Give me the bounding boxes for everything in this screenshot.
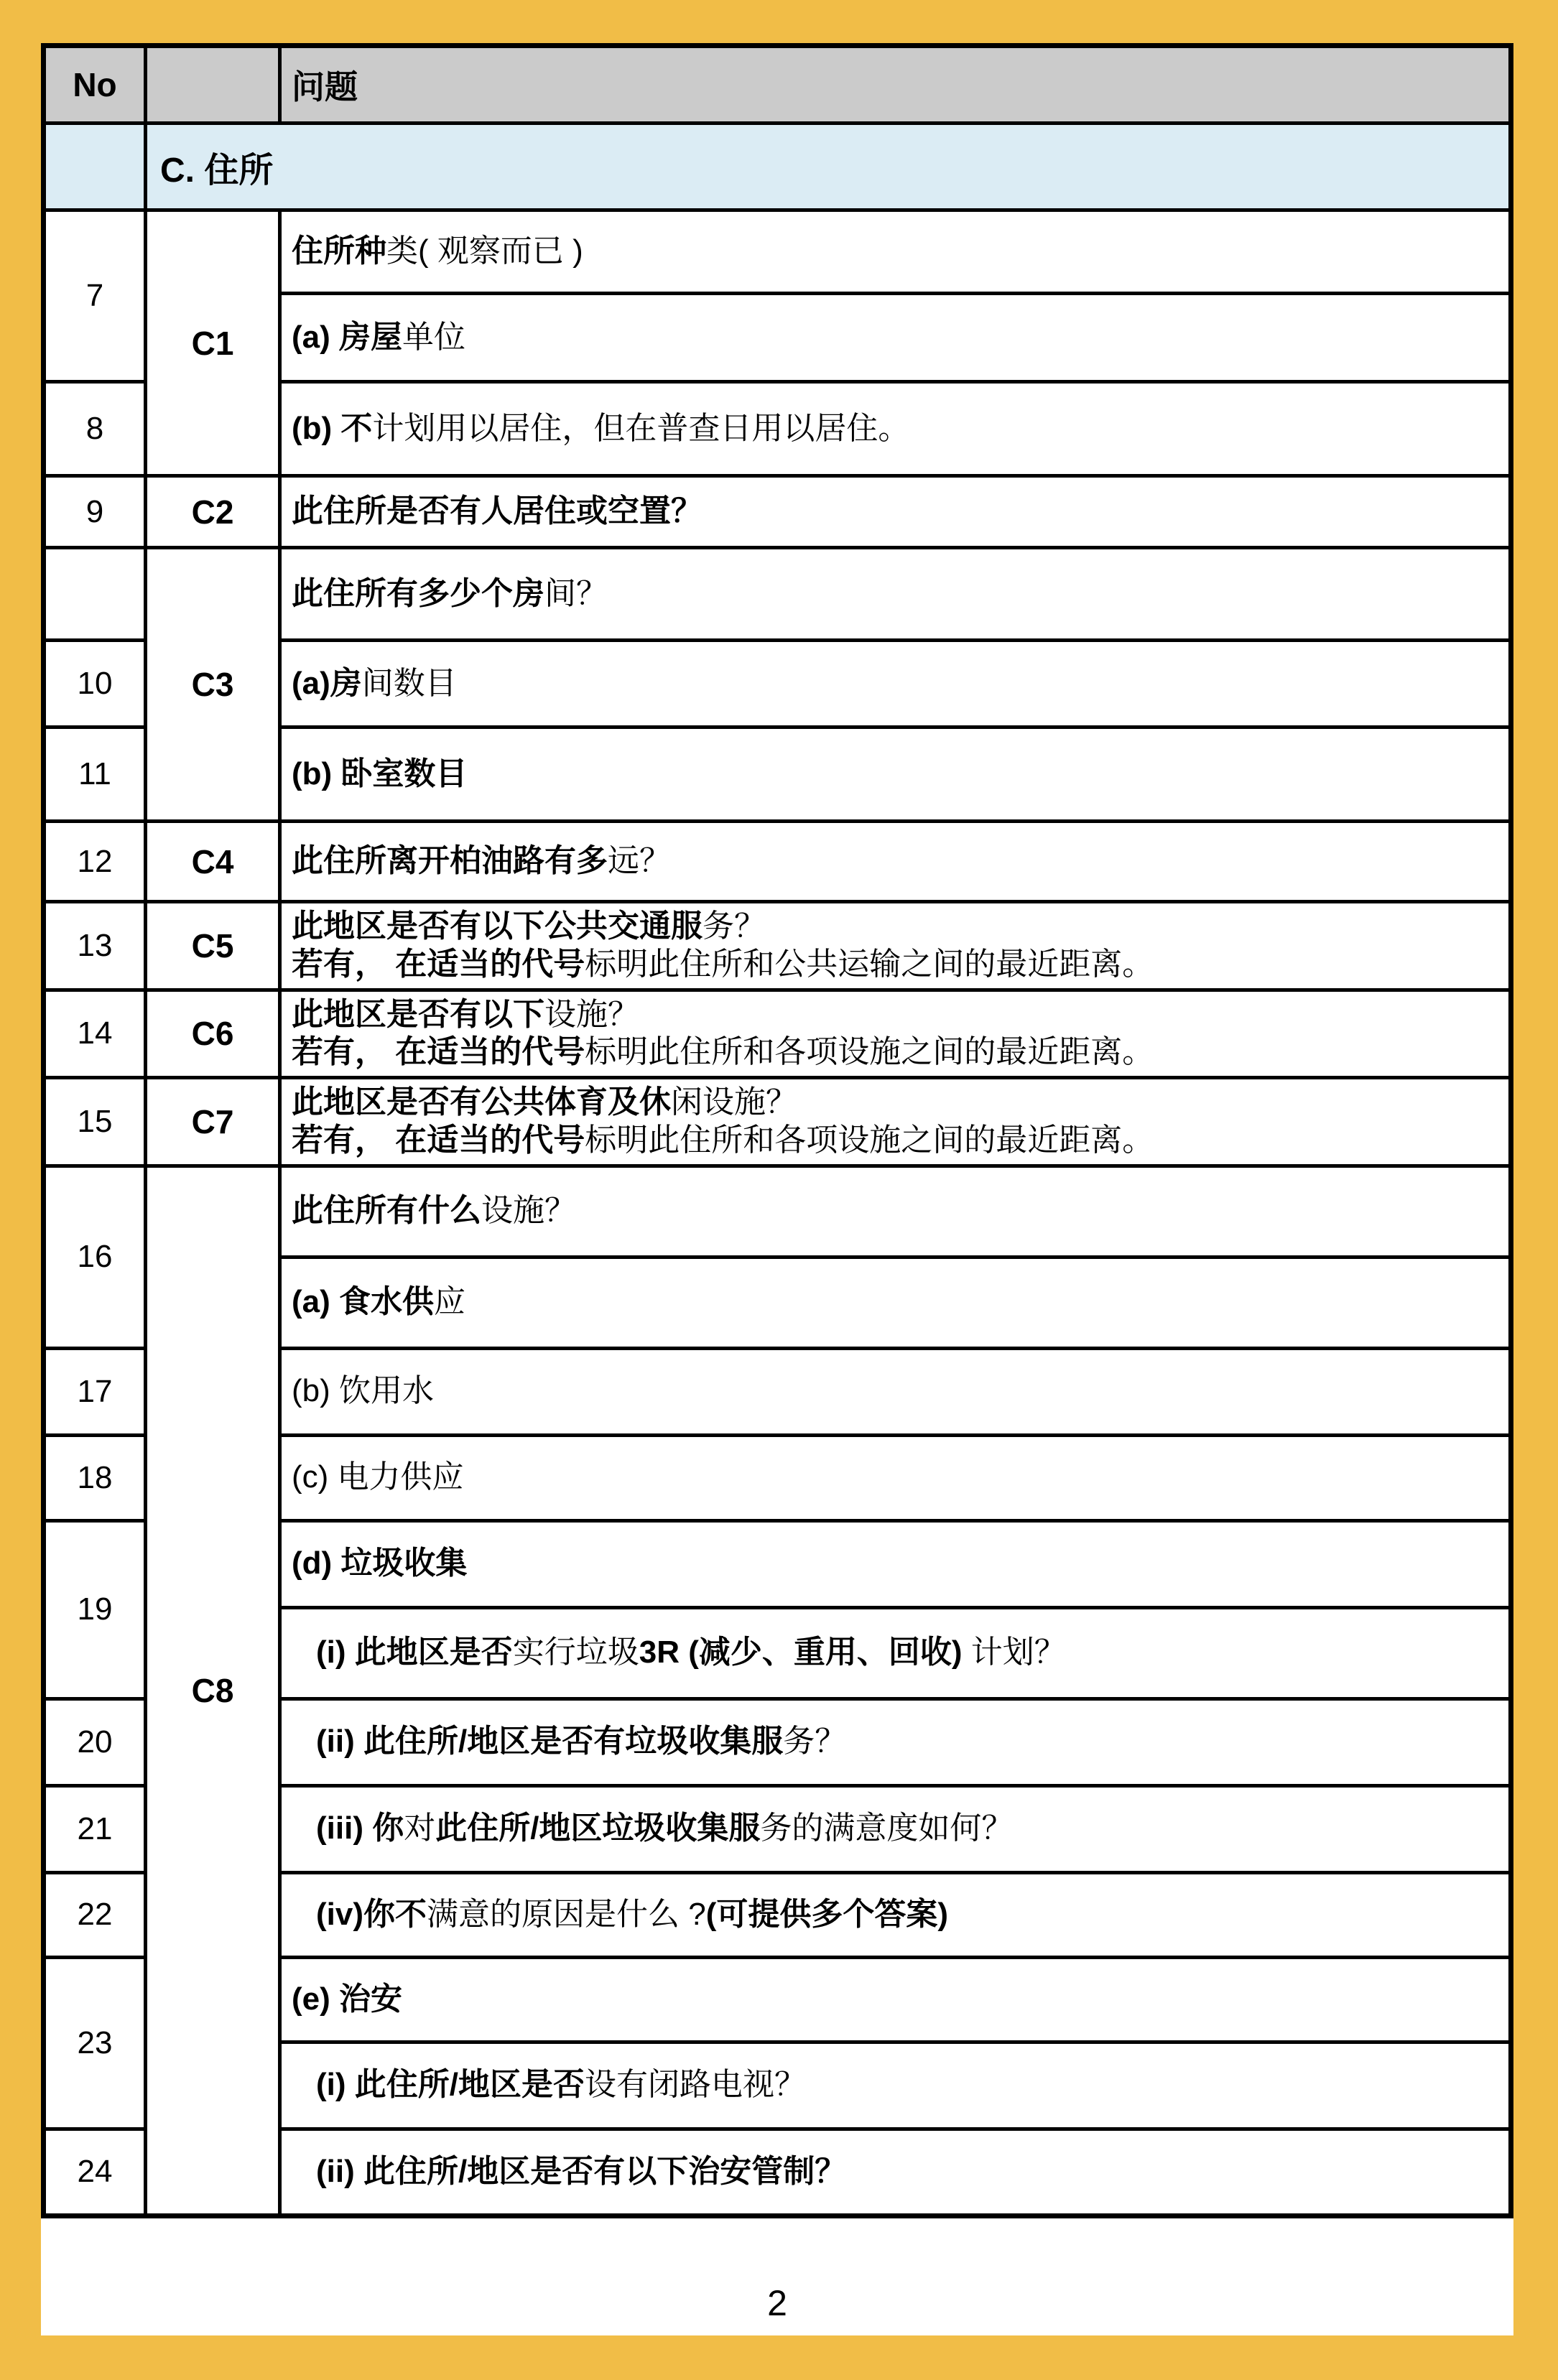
question-text: 标明此住所和各项设施之间的最近距离。 — [585, 1122, 1154, 1158]
question-row: 9C2此住所是否有人居住或空置？ — [44, 476, 1511, 548]
question-line: (a) 食水供应 — [292, 1283, 1498, 1321]
question-line: (iii) 你对此住所/地区垃圾收集服务的满意度如何？ — [316, 1810, 1498, 1848]
question-line: (a)房间数目 — [292, 665, 1498, 703]
row-number-cell: 20 — [44, 1698, 146, 1785]
question-line: (b) 不计划用以居住，但在普查日用以居住。 — [292, 410, 1498, 448]
row-number-cell: 18 — [44, 1435, 146, 1520]
question-row: C3此住所有多少个房间？ — [44, 548, 1511, 641]
table-header-row: No 问题 — [44, 46, 1511, 124]
question-line: 此住所有多少个房间？ — [292, 575, 1498, 613]
row-number-cell: 9 — [44, 476, 146, 548]
question-cell: (iv)你不满意的原因是什么 ?(可提供多个答案) — [280, 1872, 1511, 1957]
row-number-cell: 19 — [44, 1520, 146, 1698]
page-number: 2 — [41, 2282, 1513, 2324]
question-line: (ii) 此住所/地区是否有垃圾收集服务？ — [316, 1723, 1498, 1761]
row-number-cell — [44, 548, 146, 641]
question-code-cell: C7 — [146, 1078, 280, 1166]
row-number-cell: 14 — [44, 990, 146, 1078]
question-text: (ii) 此住所/地区是否有垃圾收集服 — [316, 1724, 783, 1759]
question-text: 实行垃圾 — [513, 1635, 639, 1670]
row-number-cell: 11 — [44, 728, 146, 822]
question-text: 务？ — [783, 1724, 846, 1759]
header-no: No — [44, 46, 146, 124]
question-text: 间？ — [544, 576, 608, 611]
row-number-cell: 16 — [44, 1166, 146, 1348]
question-text: (iii) 你 — [316, 1810, 404, 1846]
question-text: 间数目 — [362, 666, 457, 701]
question-line: 若有， 在适当的代号标明此住所和公共运输之间的最近距离。 — [292, 946, 1498, 984]
question-code-cell: C8 — [146, 1166, 280, 2216]
question-cell: (ii) 此住所/地区是否有以下治安管制？ — [280, 2129, 1511, 2216]
question-line: (i) 此住所/地区是否设有闭路电视？ — [316, 2066, 1498, 2104]
question-text: 计划用以居住，但在普查日用以居住。 — [372, 411, 909, 446]
question-line: (e) 治安 — [292, 1981, 1498, 2019]
question-row: 7C1住所种类( 观察而已 ) — [44, 210, 1511, 294]
question-line: (ii) 此住所/地区是否有以下治安管制？ — [316, 2153, 1498, 2191]
question-cell: (b) 卧室数目 — [280, 728, 1511, 822]
row-number-cell: 10 — [44, 641, 146, 728]
question-text: 若有， 在适当的代号 — [292, 1122, 585, 1158]
question-text: 设施？ — [481, 1193, 576, 1228]
question-cell: 此住所是否有人居住或空置？ — [280, 476, 1511, 548]
question-line: (b) 饮用水 — [292, 1372, 1498, 1410]
question-text: 此地区是否有以下公共交通服 — [292, 908, 703, 944]
question-line: (d) 垃圾收集 — [292, 1545, 1498, 1583]
question-text: (c) 电力供应 — [292, 1459, 464, 1495]
question-code-cell: C5 — [146, 902, 280, 990]
question-text: 设有闭路电视？ — [585, 2067, 806, 2102]
question-text: 计划？ — [963, 1635, 1066, 1670]
question-text: (a)房 — [292, 666, 362, 701]
question-line: (iv)你不满意的原因是什么 ?(可提供多个答案) — [316, 1896, 1498, 1934]
question-line: 住所种类( 观察而已 ) — [292, 233, 1498, 271]
question-text: (i) 此住所/地区是否 — [316, 2067, 585, 2102]
question-text: 此住所/地区垃圾收集服 — [435, 1810, 760, 1846]
question-text: 此住所有多少个房 — [292, 576, 544, 611]
question-text: 务？ — [703, 908, 766, 944]
question-row: 15C7此地区是否有公共体育及休闲设施？若有， 在适当的代号标明此住所和各项设施… — [44, 1078, 1511, 1166]
question-cell: 此地区是否有公共体育及休闲设施？若有， 在适当的代号标明此住所和各项设施之间的最… — [280, 1078, 1511, 1166]
question-cell: (a) 食水供应 — [280, 1257, 1511, 1348]
row-number-cell: 21 — [44, 1785, 146, 1872]
row-number-cell: 7 — [44, 210, 146, 382]
question-text: 远？ — [608, 843, 671, 878]
question-row: 16C8此住所有什么设施？ — [44, 1166, 1511, 1257]
question-cell: (i) 此地区是否实行垃圾3R (减少、重用、回收) 计划？ — [280, 1607, 1511, 1698]
question-text: 此住所是否有人居住或空置？ — [292, 493, 703, 529]
question-text: 此地区是否有公共体育及休 — [292, 1084, 671, 1120]
question-line: 此地区是否有公共体育及休闲设施？ — [292, 1084, 1498, 1122]
row-number-cell: 17 — [44, 1348, 146, 1435]
question-cell: 此地区是否有以下设施？若有， 在适当的代号标明此住所和各项设施之间的最近距离。 — [280, 990, 1511, 1078]
question-line: 此住所是否有人居住或空置？ — [292, 493, 1498, 531]
question-text: (b) 不 — [292, 411, 372, 446]
question-line: 若有， 在适当的代号标明此住所和各项设施之间的最近距离。 — [292, 1033, 1498, 1072]
row-number-cell: 8 — [44, 382, 146, 476]
header-question: 问题 — [280, 46, 1511, 124]
question-text: 设施？ — [544, 997, 639, 1032]
question-text: (b) 卧室数目 — [292, 756, 467, 791]
section-no-cell — [44, 124, 146, 210]
question-cell: 此地区是否有以下公共交通服务？若有， 在适当的代号标明此住所和公共运输之间的最近… — [280, 902, 1511, 990]
question-cell: (a) 房屋单位 — [280, 294, 1511, 382]
question-text: 住所种 — [292, 233, 386, 269]
question-text: 此住所离开柏油路有多 — [292, 843, 608, 878]
paper: No 问题 C. 住所 7C1住所种类( 观察而已 )(a) 房屋单位8(b) … — [41, 43, 1513, 2335]
question-line: (c) 电力供应 — [292, 1459, 1498, 1497]
question-text: 标明此住所和公共运输之间的最近距离。 — [585, 947, 1154, 982]
document-page: { "page": { "number": "2" }, "colors": {… — [0, 0, 1558, 2380]
section-row: C. 住所 — [44, 124, 1511, 210]
question-text: 务的满意度如何？ — [760, 1810, 1013, 1846]
section-title: C. 住所 — [146, 124, 1511, 210]
question-code-cell: C4 — [146, 822, 280, 902]
row-number-cell: 15 — [44, 1078, 146, 1166]
question-text: 对 — [404, 1810, 435, 1846]
question-code-cell: C1 — [146, 210, 280, 476]
question-text: (a) 房屋 — [292, 320, 402, 355]
question-text: (b) 饮用水 — [292, 1373, 434, 1408]
question-text: (a) 食水供 — [292, 1284, 434, 1319]
question-text: 若有， 在适当的代号 — [292, 947, 585, 982]
question-text: 此住所有什么 — [292, 1193, 481, 1228]
question-line: (i) 此地区是否实行垃圾3R (减少、重用、回收) 计划？ — [316, 1634, 1498, 1672]
row-number-cell: 22 — [44, 1872, 146, 1957]
question-line: 此地区是否有以下设施？ — [292, 996, 1498, 1034]
question-cell: (c) 电力供应 — [280, 1435, 1511, 1520]
question-text: 3R (减少、重用、回收) — [639, 1635, 963, 1670]
question-row: 14C6此地区是否有以下设施？若有， 在适当的代号标明此住所和各项设施之间的最近… — [44, 990, 1511, 1078]
question-line: (a) 房屋单位 — [292, 319, 1498, 357]
row-number-cell: 13 — [44, 902, 146, 990]
question-line: 此地区是否有以下公共交通服务？ — [292, 908, 1498, 946]
question-text: (iv)你不 — [316, 1897, 427, 1932]
question-code-cell: C6 — [146, 990, 280, 1078]
question-cell: 此住所有多少个房间？ — [280, 548, 1511, 641]
question-text: 闲设施？ — [671, 1084, 797, 1120]
question-row: 13C5此地区是否有以下公共交通服务？若有， 在适当的代号标明此住所和公共运输之… — [44, 902, 1511, 990]
row-number-cell: 24 — [44, 2129, 146, 2216]
question-text: (d) 垃圾收集 — [292, 1545, 467, 1581]
question-line: 此住所有什么设施？ — [292, 1192, 1498, 1230]
question-text: (i) 此地区是否 — [316, 1635, 513, 1670]
question-text: 类( 观察而已 ) — [386, 233, 583, 269]
question-cell: (ii) 此住所/地区是否有垃圾收集服务？ — [280, 1698, 1511, 1785]
row-number-cell: 23 — [44, 1957, 146, 2129]
question-code-cell: C2 — [146, 476, 280, 548]
question-cell: (i) 此住所/地区是否设有闭路电视？ — [280, 2042, 1511, 2129]
row-number-cell: 12 — [44, 822, 146, 902]
question-text: 满意的原因是什么 ? — [427, 1897, 706, 1932]
header-code — [146, 46, 280, 124]
question-text: (可提供多个答案) — [706, 1897, 948, 1932]
question-text: 应 — [434, 1284, 465, 1319]
question-cell: (d) 垃圾收集 — [280, 1520, 1511, 1607]
question-cell: 此住所有什么设施？ — [280, 1166, 1511, 1257]
question-text: (e) 治安 — [292, 1981, 402, 2017]
question-code-cell: C3 — [146, 548, 280, 822]
questionnaire-table: No 问题 C. 住所 7C1住所种类( 观察而已 )(a) 房屋单位8(b) … — [41, 43, 1513, 2218]
question-row: 12C4此住所离开柏油路有多远？ — [44, 822, 1511, 902]
question-cell: 住所种类( 观察而已 ) — [280, 210, 1511, 294]
question-cell: (iii) 你对此住所/地区垃圾收集服务的满意度如何？ — [280, 1785, 1511, 1872]
question-text: 此地区是否有以下 — [292, 997, 544, 1032]
question-line: 此住所离开柏油路有多远？ — [292, 842, 1498, 880]
question-text: (ii) 此住所/地区是否有以下治安管制？ — [316, 2154, 846, 2189]
question-text: 标明此住所和各项设施之间的最近距离。 — [585, 1034, 1154, 1069]
question-cell: (b) 不计划用以居住，但在普查日用以居住。 — [280, 382, 1511, 476]
question-text: 若有， 在适当的代号 — [292, 1034, 585, 1069]
question-cell: 此住所离开柏油路有多远？ — [280, 822, 1511, 902]
question-line: 若有， 在适当的代号标明此住所和各项设施之间的最近距离。 — [292, 1122, 1498, 1160]
question-cell: (a)房间数目 — [280, 641, 1511, 728]
question-cell: (e) 治安 — [280, 1957, 1511, 2042]
question-text: 单位 — [402, 320, 465, 355]
question-cell: (b) 饮用水 — [280, 1348, 1511, 1435]
question-line: (b) 卧室数目 — [292, 756, 1498, 794]
